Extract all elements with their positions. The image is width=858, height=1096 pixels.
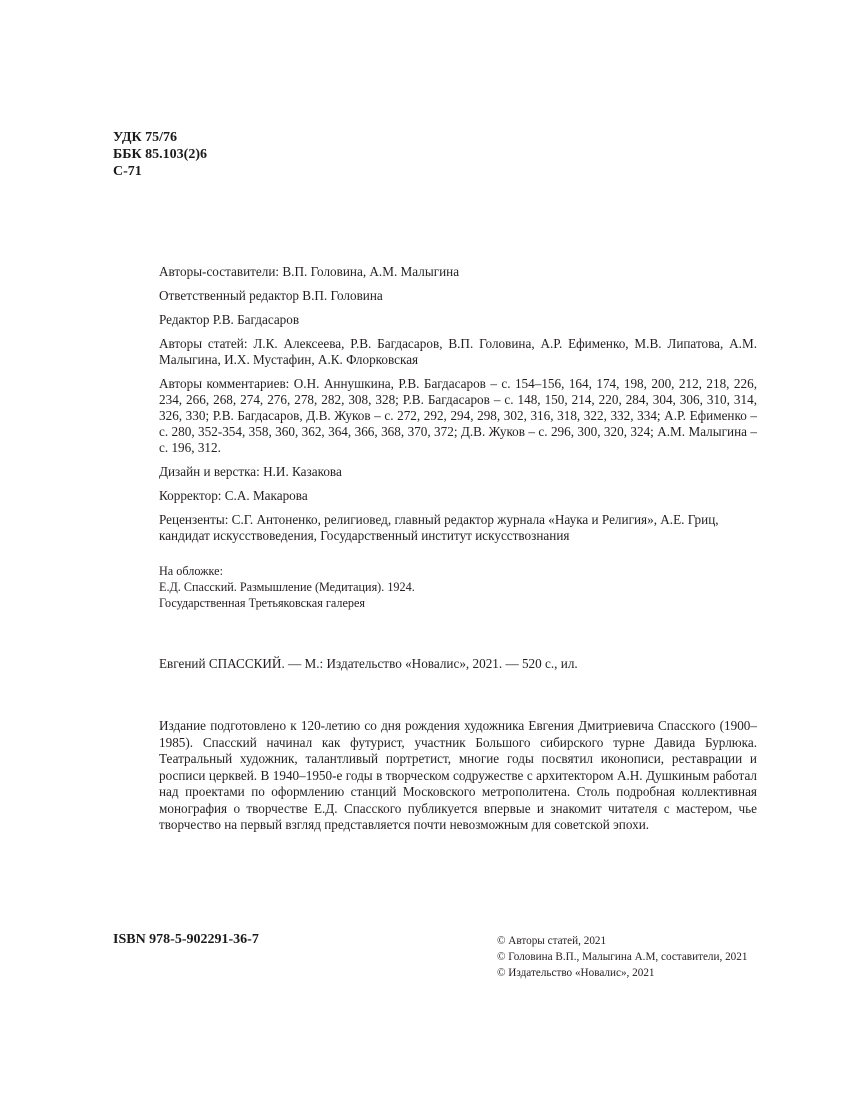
editor-line: Редактор Р.В. Багдасаров xyxy=(159,312,757,328)
reviewers-line: Рецензенты: С.Г. Антоненко, религиовед, … xyxy=(159,512,757,544)
executive-editor-line: Ответственный редактор В.П. Головина xyxy=(159,288,757,304)
copyright-line: © Издательство «Новалис», 2021 xyxy=(497,965,747,981)
author-mark: С-71 xyxy=(113,163,207,180)
credits-block: Авторы-составители: В.П. Головина, А.М. … xyxy=(159,264,757,552)
isbn: ISBN 978-5-902291-36-7 xyxy=(113,931,259,948)
copyright-block: © Авторы статей, 2021 © Головина В.П., М… xyxy=(497,933,747,981)
annotation: Издание подготовлено к 120-летию со дня … xyxy=(159,718,757,834)
cover-work: Е.Д. Спасский. Размышление (Медитация). … xyxy=(159,579,559,595)
catalog-block: УДК 75/76 ББК 85.103(2)6 С-71 xyxy=(113,129,207,180)
cover-collection: Государственная Третьяковская галерея xyxy=(159,595,559,611)
bbk-code: ББК 85.103(2)6 xyxy=(113,146,207,163)
design-line: Дизайн и верстка: Н.И. Казакова xyxy=(159,464,757,480)
cover-label: На обложке: xyxy=(159,563,559,579)
commentary-authors-line: Авторы комментариев: О.Н. Аннушкина, Р.В… xyxy=(159,376,757,456)
compilers-line: Авторы-составители: В.П. Головина, А.М. … xyxy=(159,264,757,280)
copyright-line: © Головина В.П., Малыгина А.М, составите… xyxy=(497,949,747,965)
copyright-line: © Авторы статей, 2021 xyxy=(497,933,747,949)
article-authors-line: Авторы статей: Л.К. Алексеева, Р.В. Багд… xyxy=(159,336,757,368)
cover-info: На обложке: Е.Д. Спасский. Размышление (… xyxy=(159,563,559,611)
bibliographic-record: Евгений СПАССКИЙ. — М.: Издательство «Но… xyxy=(159,656,759,672)
udk-code: УДК 75/76 xyxy=(113,129,207,146)
proofreader-line: Корректор: С.А. Макарова xyxy=(159,488,757,504)
